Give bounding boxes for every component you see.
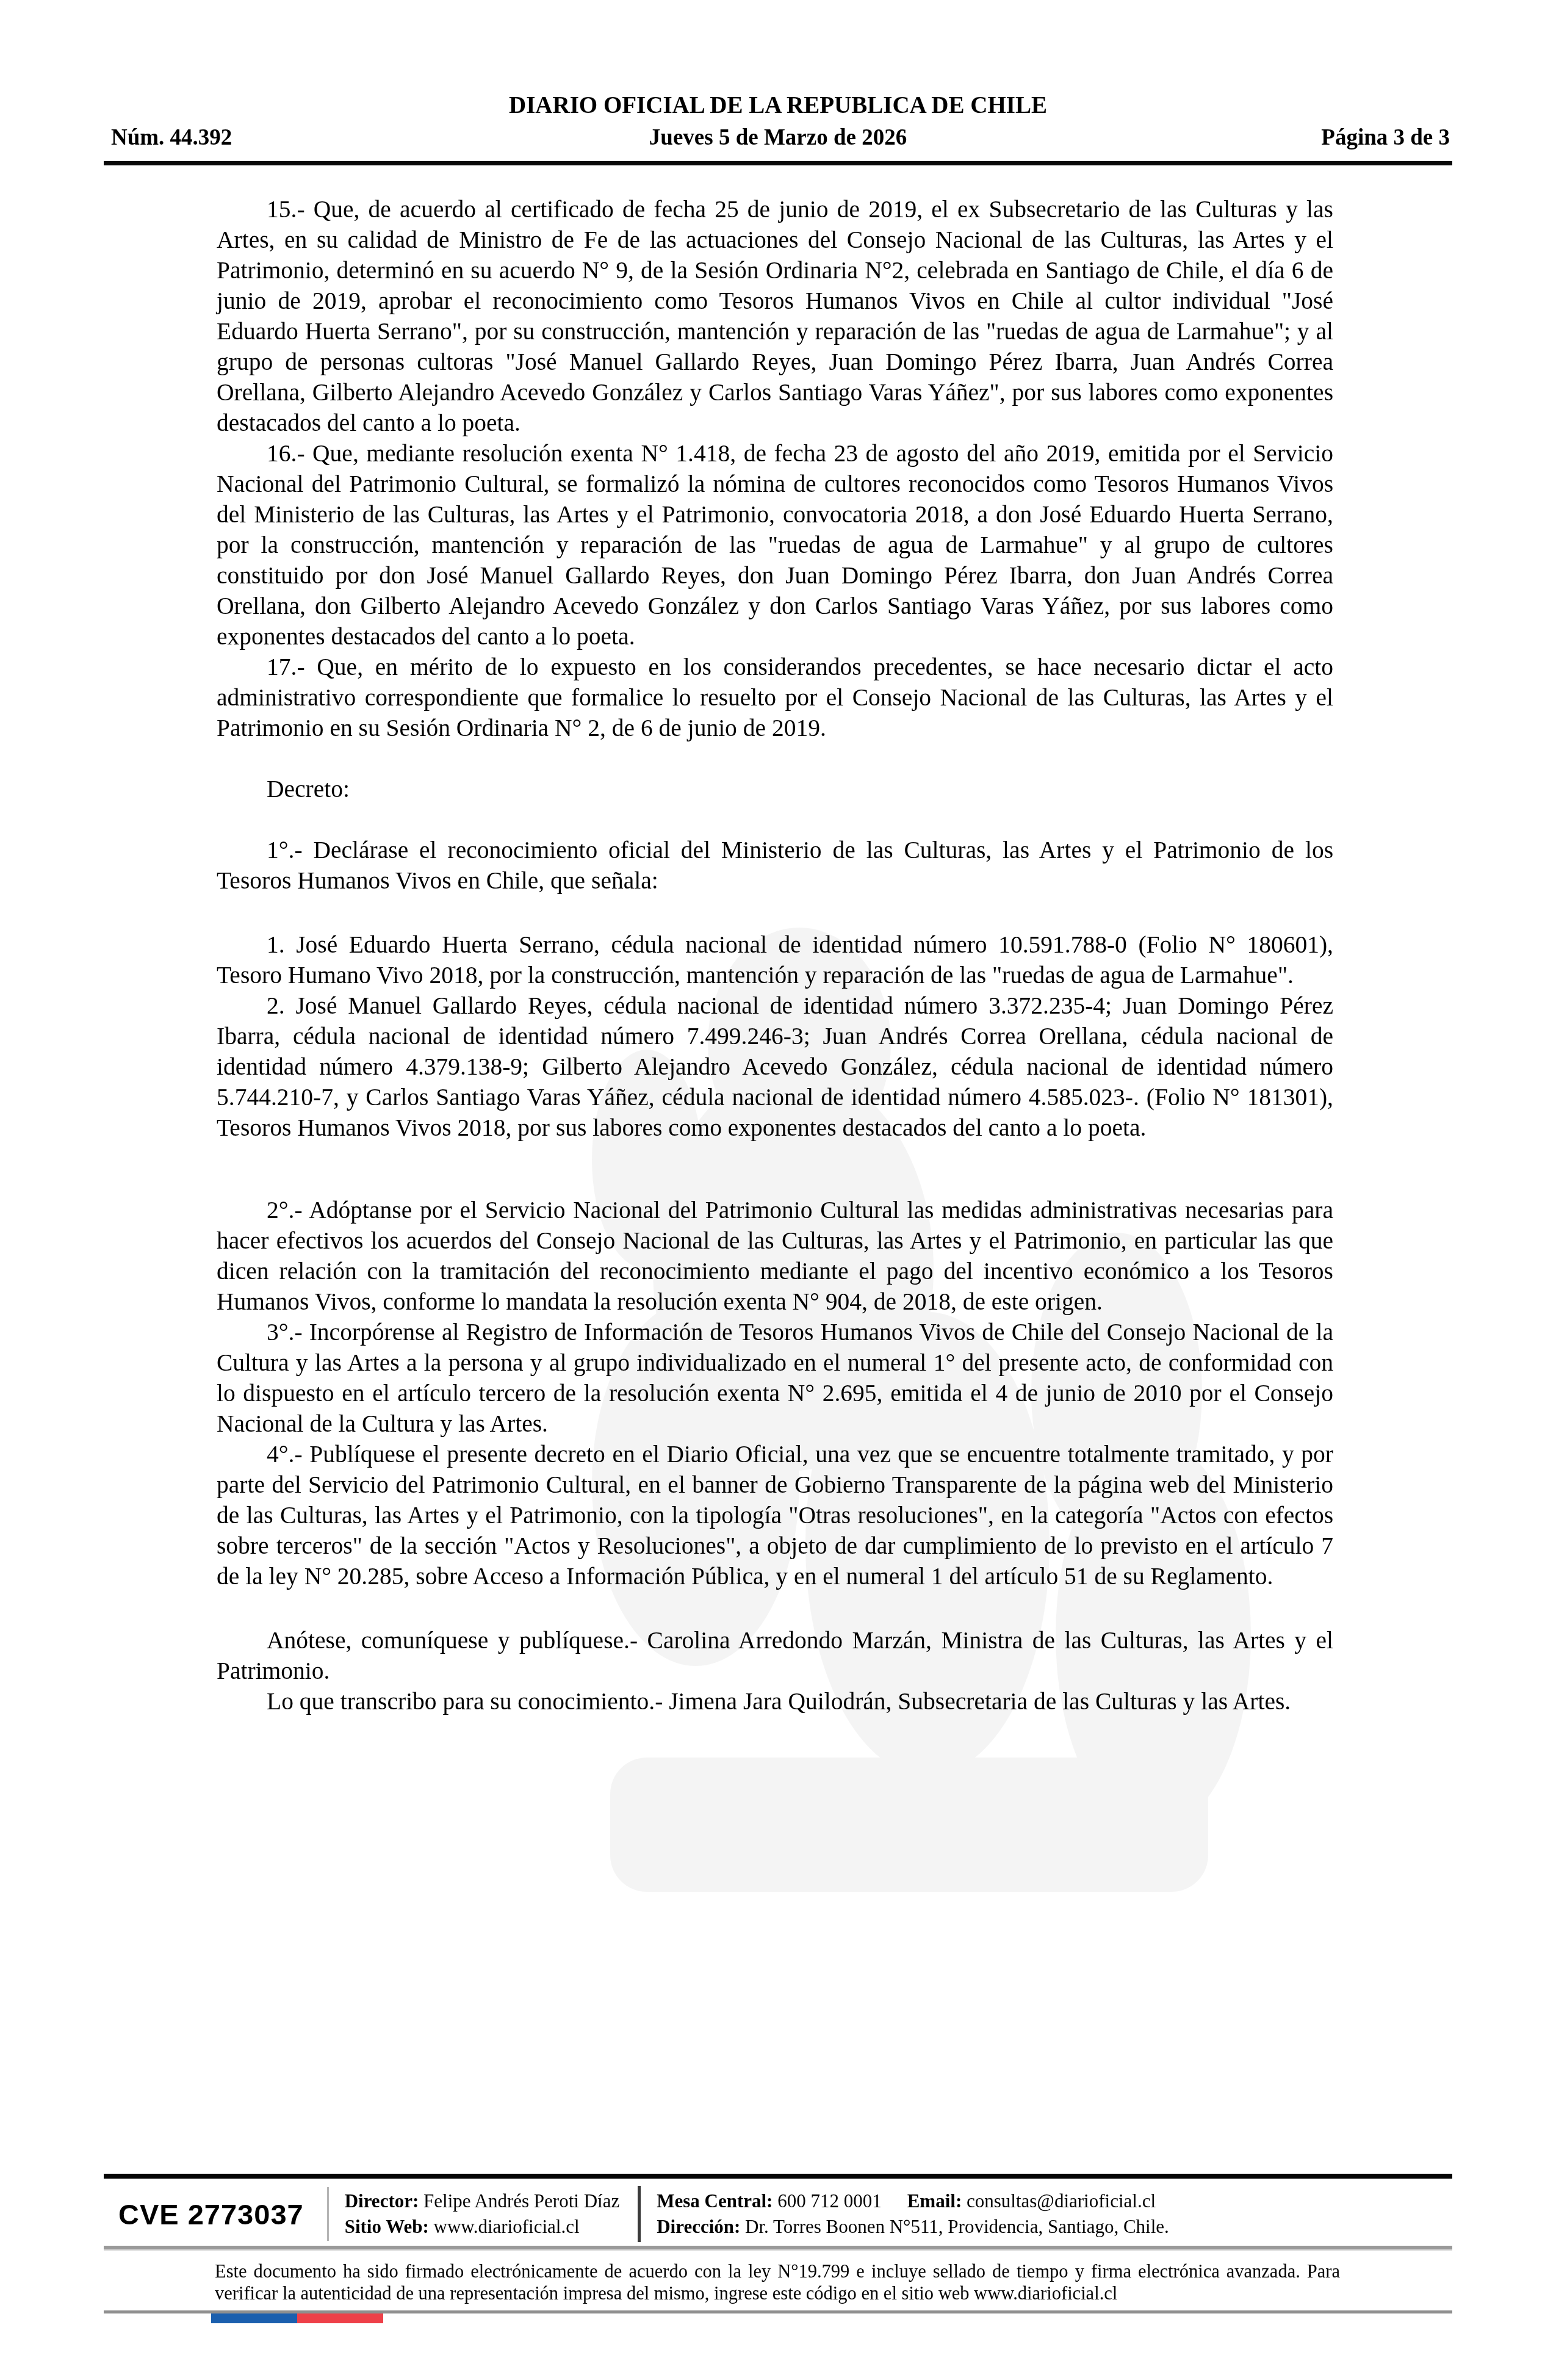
footer-director-column: Director: Felipe Andrés Peroti Díaz Siti… <box>329 2188 638 2240</box>
flag-red-segment <box>297 2313 383 2323</box>
sitio-web-value: www.diarioficial.cl <box>434 2216 580 2237</box>
header-meta-row: Núm. 44.392 Jueves 5 de Marzo de 2026 Pá… <box>104 124 1452 154</box>
lista-item-1: 1. José Eduardo Huerta Serrano, cédula n… <box>217 929 1333 990</box>
mesa-central-label: Mesa Central: <box>657 2190 773 2212</box>
decree-text: 15.- Que, de acuerdo al certificado de f… <box>217 194 1333 1717</box>
cve-bottom-rule <box>104 2246 1452 2251</box>
director-value: Felipe Andrés Peroti Díaz <box>423 2190 619 2212</box>
punto-cuarto: 4°.- Publíquese el presente decreto en e… <box>217 1439 1333 1592</box>
cve-code: CVE 2773037 <box>104 2198 327 2231</box>
chile-flag-mark <box>211 2313 383 2323</box>
header-rule <box>104 161 1452 165</box>
punto-segundo: 2°.- Adóptanse por el Servicio Nacional … <box>217 1195 1333 1317</box>
considerando-15: 15.- Que, de acuerdo al certificado de f… <box>217 194 1333 438</box>
footer-top-rule <box>104 2174 1452 2179</box>
page-header: DIARIO OFICIAL DE LA REPUBLICA DE CHILE … <box>104 0 1452 165</box>
lista-item-2: 2. José Manuel Gallardo Reyes, cédula na… <box>217 990 1333 1143</box>
considerando-17: 17.- Que, en mérito de lo expuesto en lo… <box>217 652 1333 743</box>
email-label: Email: <box>907 2190 962 2212</box>
sitio-web-label: Sitio Web: <box>345 2216 429 2237</box>
cierre-transcribo: Lo que transcribo para su conocimiento.-… <box>217 1686 1333 1717</box>
signature-disclaimer: Este documento ha sido firmado electróni… <box>215 2260 1340 2304</box>
direccion-label: Dirección: <box>657 2216 740 2237</box>
email-value: consultas@diarioficial.cl <box>967 2190 1156 2212</box>
considerando-16: 16.- Que, mediante resolución exenta N° … <box>217 438 1333 652</box>
issue-date: Jueves 5 de Marzo de 2026 <box>104 124 1452 151</box>
cierre-anotese: Anótese, comuníquese y publíquese.- Caro… <box>217 1625 1333 1686</box>
punto-primero: 1°.- Declárase el reconocimiento oficial… <box>217 835 1333 896</box>
page-indicator: Página 3 de 3 <box>1321 124 1450 151</box>
decreto-heading: Decreto: <box>217 774 1333 804</box>
punto-tercero: 3°.- Incorpórense al Registro de Informa… <box>217 1317 1333 1439</box>
cve-info-bar: CVE 2773037 Director: Felipe Andrés Pero… <box>104 2183 1452 2245</box>
director-label: Director: <box>345 2190 419 2212</box>
flag-blue-segment <box>211 2313 297 2323</box>
mesa-central-value: 600 712 0001 <box>777 2190 882 2212</box>
gazette-title: DIARIO OFICIAL DE LA REPUBLICA DE CHILE <box>104 92 1452 120</box>
document-page: DIARIO OFICIAL DE LA REPUBLICA DE CHILE … <box>0 0 1556 2380</box>
direccion-value: Dr. Torres Boonen N°511, Providencia, Sa… <box>745 2216 1169 2237</box>
footer-contact-column: Mesa Central: 600 712 0001Email: consult… <box>641 2188 1187 2240</box>
